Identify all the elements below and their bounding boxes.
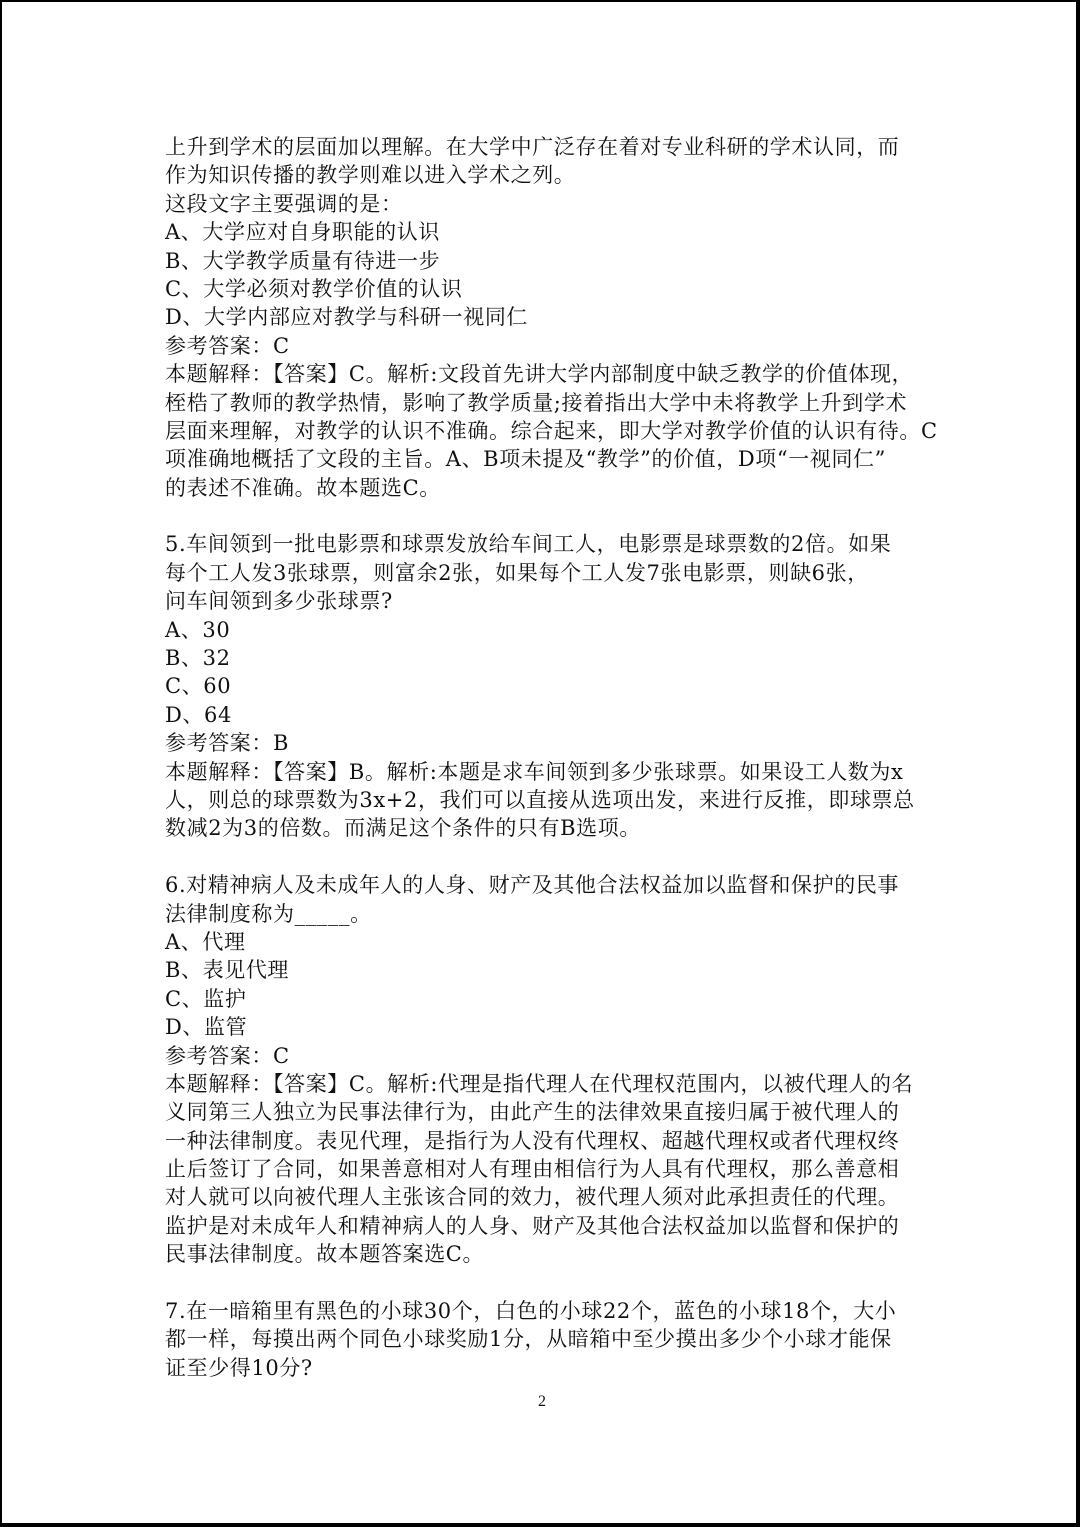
option-d: D、64 — [165, 701, 925, 729]
page-content: 上升到学术的层面加以理解。在大学中广泛存在着对专业科研的学术认同，而 作为知识传… — [165, 133, 925, 1382]
question-4-continued: 上升到学术的层面加以理解。在大学中广泛存在着对专业科研的学术认同，而 作为知识传… — [165, 133, 925, 502]
question-7: 7.在一暗箱里有黑色的小球30个，白色的小球22个，蓝色的小球18个，大小 都一… — [165, 1297, 925, 1382]
explanation-line: 本题解释：【答案】C。解析:代理是指代理人在代理权范围内，以被代理人的名 — [165, 1070, 925, 1098]
passage-line: 作为知识传播的教学则难以进入学术之列。 — [165, 161, 925, 189]
explanation-line: 桎梏了教师的教学热情，影响了教学质量;接着指出大学中未将教学上升到学术 — [165, 389, 925, 417]
question-text: 法律制度称为_____。 — [165, 900, 925, 928]
explanation-line: 民事法律制度。故本题答案选C。 — [165, 1240, 925, 1268]
explanation-line: 义同第三人独立为民事法律行为，由此产生的法律效果直接归属于被代理人的 — [165, 1098, 925, 1126]
explanation-line: 监护是对未成年人和精神病人的人身、财产及其他合法权益加以监督和保护的 — [165, 1212, 925, 1240]
explanation-line: 本题解释：【答案】B。解析:本题是求车间领到多少张球票。如果设工人数为x — [165, 758, 925, 786]
question-6: 6.对精神病人及未成年人的人身、财产及其他合法权益加以监督和保护的民事 法律制度… — [165, 871, 925, 1268]
document-page: 上升到学术的层面加以理解。在大学中广泛存在着对专业科研的学术认同，而 作为知识传… — [0, 0, 1080, 1527]
question-text: 问车间领到多少张球票? — [165, 587, 925, 615]
explanation-line: 的表述不准确。故本题选C。 — [165, 474, 925, 502]
explanation-line: 人，则总的球票数为3x+2，我们可以直接从选项出发，来进行反推，即球票总 — [165, 786, 925, 814]
explanation-line: 项准确地概括了文段的主旨。A、B项未提及“教学”的价值，D项“一视同仁” — [165, 445, 925, 473]
explanation-line: 本题解释：【答案】C。解析:文段首先讲大学内部制度中缺乏教学的价值体现， — [165, 360, 925, 388]
explanation-line: 一种法律制度。表见代理，是指行为人没有代理权、超越代理权或者代理权终 — [165, 1127, 925, 1155]
question-text: 5.车间领到一批电影票和球票发放给车间工人，电影票是球票数的2倍。如果 — [165, 530, 925, 558]
spacer — [165, 1269, 925, 1297]
option-b: B、32 — [165, 644, 925, 672]
spacer — [165, 502, 925, 530]
option-d: D、大学内部应对教学与科研一视同仁 — [165, 303, 925, 331]
option-c: C、60 — [165, 672, 925, 700]
reference-answer: 参考答案：C — [165, 332, 925, 360]
explanation-line: 数减2为3的倍数。而满足这个条件的只有B选项。 — [165, 814, 925, 842]
option-d: D、监管 — [165, 1013, 925, 1041]
question-5: 5.车间领到一批电影票和球票发放给车间工人，电影票是球票数的2倍。如果 每个工人… — [165, 530, 925, 842]
reference-answer: 参考答案：C — [165, 1042, 925, 1070]
passage-line: 上升到学术的层面加以理解。在大学中广泛存在着对专业科研的学术认同，而 — [165, 133, 925, 161]
explanation-line: 对人就可以向被代理人主张该合同的效力，被代理人须对此承担责任的代理。 — [165, 1183, 925, 1211]
question-text: 都一样，每摸出两个同色小球奖励1分，从暗箱中至少摸出多少个小球才能保 — [165, 1325, 925, 1353]
explanation-line: 层面来理解，对教学的认识不准确。综合起来，即大学对教学价值的认识有待。C — [165, 417, 925, 445]
question-text: 6.对精神病人及未成年人的人身、财产及其他合法权益加以监督和保护的民事 — [165, 871, 925, 899]
option-b: B、大学教学质量有待进一步 — [165, 247, 925, 275]
option-a: A、大学应对自身职能的认识 — [165, 218, 925, 246]
option-c: C、大学必须对教学价值的认识 — [165, 275, 925, 303]
option-a: A、代理 — [165, 928, 925, 956]
question-prompt: 这段文字主要强调的是： — [165, 190, 925, 218]
option-a: A、30 — [165, 616, 925, 644]
question-text: 7.在一暗箱里有黑色的小球30个，白色的小球22个，蓝色的小球18个，大小 — [165, 1297, 925, 1325]
spacer — [165, 843, 925, 871]
explanation-line: 止后签订了合同，如果善意相对人有理由相信行为人具有代理权，那么善意相 — [165, 1155, 925, 1183]
question-text: 证至少得10分? — [165, 1354, 925, 1382]
option-b: B、表见代理 — [165, 956, 925, 984]
question-text: 每个工人发3张球票，则富余2张，如果每个工人发7张电影票，则缺6张， — [165, 559, 925, 587]
reference-answer: 参考答案：B — [165, 729, 925, 757]
option-c: C、监护 — [165, 985, 925, 1013]
page-number: 2 — [2, 1393, 1080, 1411]
